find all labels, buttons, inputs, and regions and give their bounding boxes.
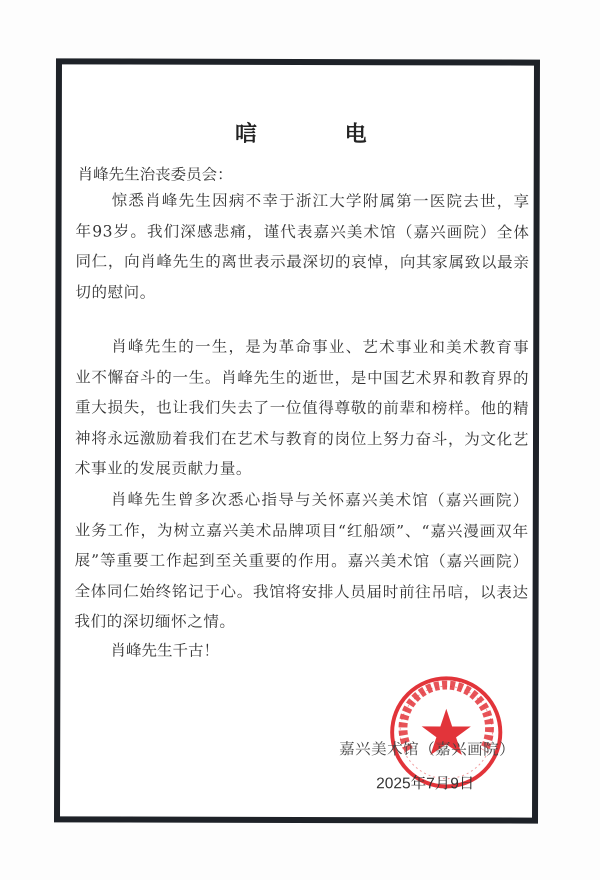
paragraph-tribute: 肖峰先生的一生，是为革命事业、艺术事业和美术教育事业不懈奋斗的一生。肖峰先生的逝…: [75, 331, 529, 485]
signature-date: 2025年7月9日: [376, 771, 474, 793]
document-page: 唁 电 肖峰先生治丧委员会： 惊悉肖峰先生因病不幸于浙江大学附属第一医院去世，享…: [0, 0, 600, 880]
letter-content: 唁 电 肖峰先生治丧委员会： 惊悉肖峰先生因病不幸于浙江大学附属第一医院去世，享…: [74, 64, 526, 817]
document-border-frame: 唁 电 肖峰先生治丧委员会： 惊悉肖峰先生因病不幸于浙江大学附属第一医院去世，享…: [54, 58, 540, 823]
closing-line: 肖峰先生千古！: [110, 639, 219, 661]
paragraph-gratitude: 肖峰先生曾多次悉心指导与关怀嘉兴美术馆（嘉兴画院）业务工作，为树立嘉兴美术品牌项…: [74, 484, 528, 638]
document-title: 唁 电: [76, 116, 526, 148]
signature-organization: 嘉兴美术馆（嘉兴画院）: [339, 737, 515, 759]
paragraph-condolence: 惊悉肖峰先生因病不幸于浙江大学附属第一医院去世，享年93岁。我们深感悲痛，谨代表…: [75, 185, 529, 308]
salutation: 肖峰先生治丧委员会：: [78, 162, 233, 184]
